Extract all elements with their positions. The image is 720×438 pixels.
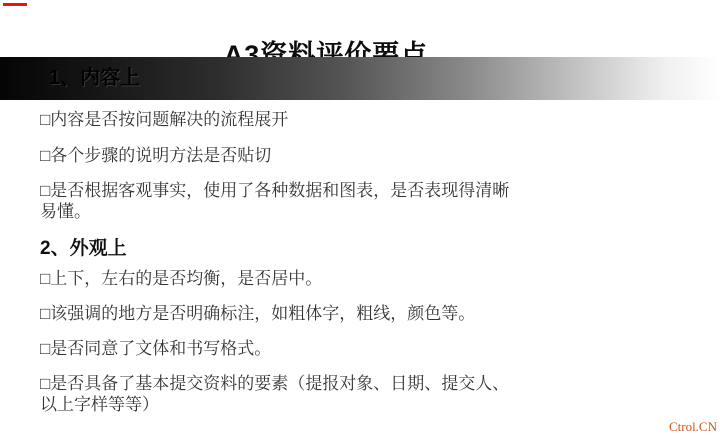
checklist-item: □该强调的地方是否明确标注，如粗体字，粗线，颜色等。 [40, 303, 600, 324]
checklist-item: □各个步骤的说明方法是否贴切 [40, 145, 600, 166]
section2-heading: 2、外观上 [40, 233, 127, 260]
red-accent-dash [3, 3, 27, 6]
checklist-item: □是否根据客观事实，使用了各种数据和图表，是否表现得清晰 易懂。 [40, 180, 600, 222]
checklist-item: □是否具备了基本提交资料的要素（提报对象、日期、提交人、 以上字样等等） [40, 373, 600, 415]
checklist-item: □上下，左右的是否均衡，是否居中。 [40, 268, 600, 289]
presentation-slide: A3资料评价要点 1、内容上 □内容是否按问题解决的流程展开 □各个步骤的说明方… [0, 0, 720, 438]
checklist-item: □是否同意了文体和书写格式。 [40, 338, 600, 359]
section1-header-bar: 1、内容上 [0, 57, 720, 100]
site-watermark: Ctrol.CN [669, 419, 717, 435]
section1-heading: 1、内容上 [49, 57, 140, 100]
checklist-item: □内容是否按问题解决的流程展开 [40, 109, 600, 130]
